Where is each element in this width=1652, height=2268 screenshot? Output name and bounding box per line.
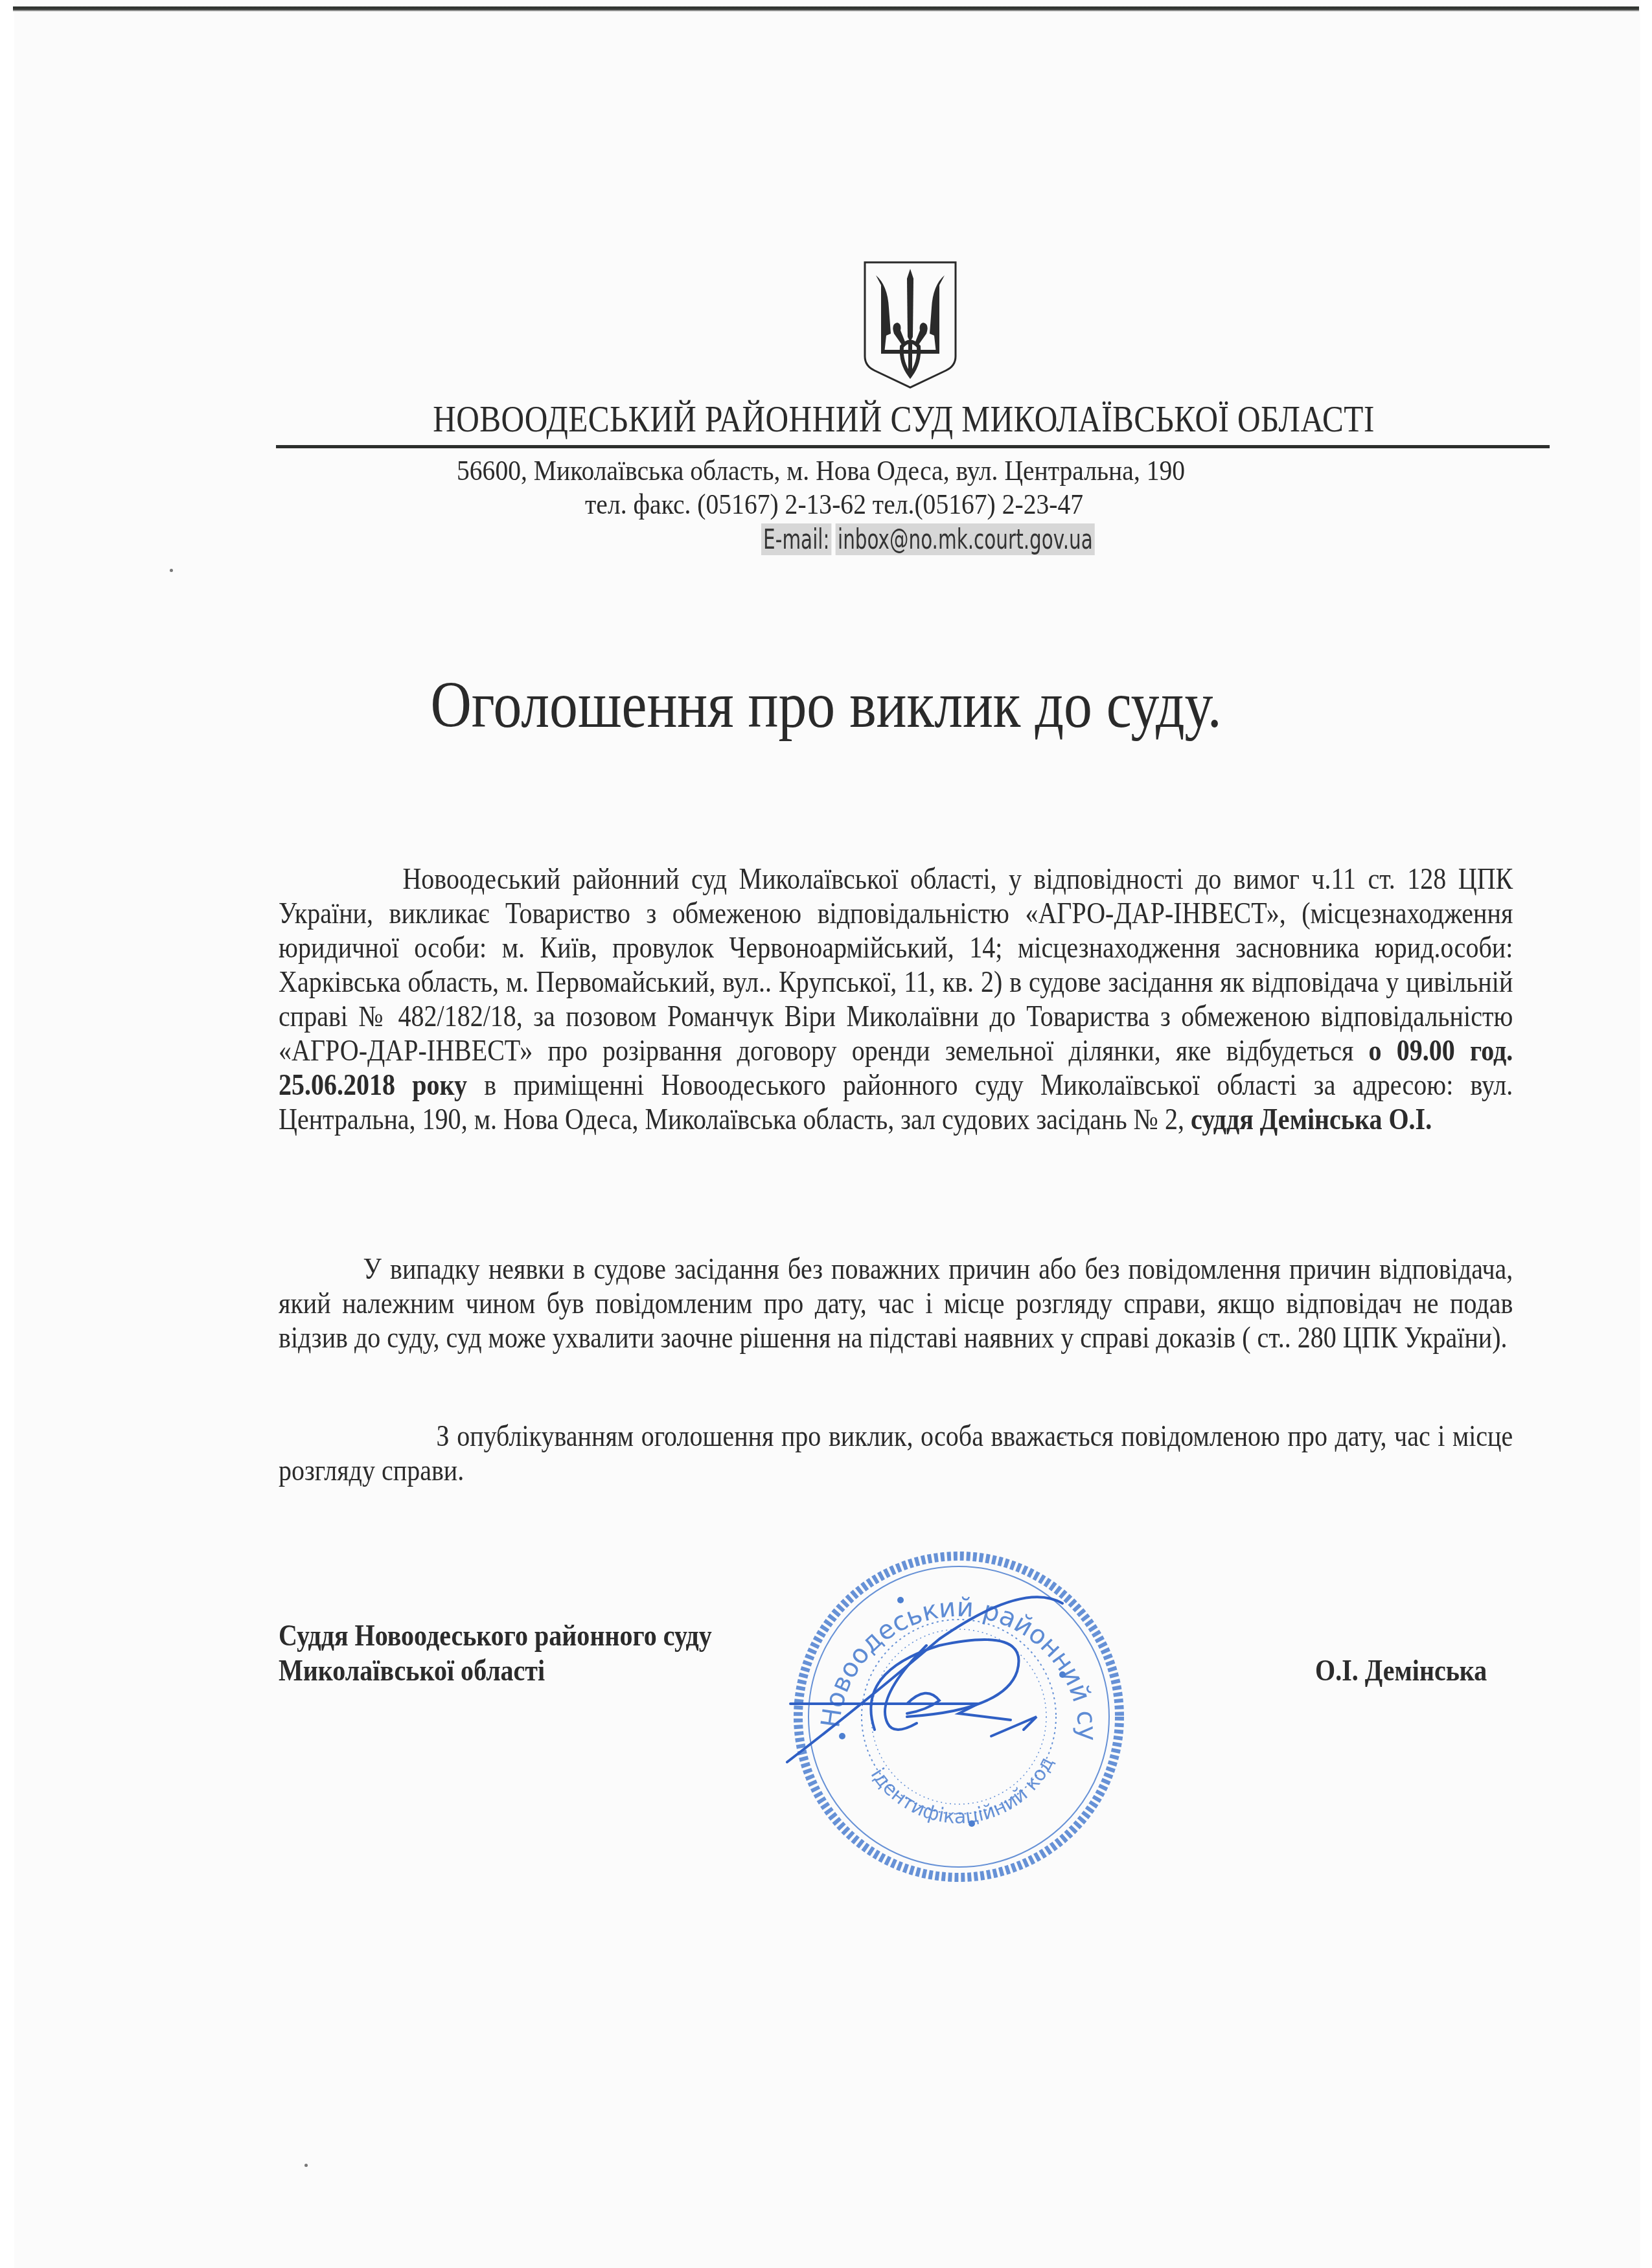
document-title: Оголошення про виклик до суду. bbox=[116, 667, 1537, 743]
svg-text:Новоодеський районний суд Мико: Новоодеський районний суд Миколаїв bbox=[777, 1542, 1102, 1741]
court-address: 56600, Миколаївська область, м. Нова Оде… bbox=[457, 453, 1185, 487]
signatory-position-line2: Миколаївської області bbox=[279, 1653, 712, 1688]
email-link[interactable]: inbox@no.mk.court.gov.ua bbox=[836, 523, 1095, 555]
summons-text-a: Новоодеський районний суд Миколаївської … bbox=[279, 862, 1513, 1067]
scan-speck bbox=[170, 569, 173, 572]
scan-speck bbox=[304, 2164, 308, 2167]
trident-emblem-icon bbox=[862, 259, 959, 389]
judge-name-inline: суддя Демінська О.І. bbox=[1191, 1103, 1432, 1136]
court-name-heading: НОВООДЕСЬКИЙ РАЙОННИЙ СУД МИКОЛАЇВСЬКОЇ … bbox=[348, 399, 1460, 441]
court-stamp-icon: Новоодеський районний суд Миколаїв ідент… bbox=[777, 1542, 1140, 1892]
svg-text:ідентифікаційний код 02892586: ідентифікаційний код 02892586 bbox=[777, 1542, 1061, 1828]
court-phones: тел. факс. (05167) 2-13-62 тел.(05167) 2… bbox=[585, 487, 1083, 521]
paragraph-absence-warning: У випадку неявки в судове засідання без … bbox=[279, 1252, 1513, 1355]
paragraph-publication-notice: З опублікуванням оголошення про виклик, … bbox=[279, 1419, 1513, 1487]
court-email: E-mail:inbox@no.mk.court.gov.ua bbox=[761, 523, 1095, 555]
signatory-name: О.І. Демінська bbox=[1315, 1653, 1487, 1688]
signatory-position: Суддя Новоодеського районного суду Микол… bbox=[279, 1618, 712, 1688]
header-divider bbox=[276, 445, 1550, 448]
signatory-position-line1: Суддя Новоодеського районного суду bbox=[279, 1618, 712, 1653]
document-page: НОВООДЕСЬКИЙ РАЙОННИЙ СУД МИКОЛАЇВСЬКОЇ … bbox=[0, 0, 1652, 2268]
absence-warning-text: У випадку неявки в судове засідання без … bbox=[279, 1252, 1513, 1354]
publication-notice-text: З опублікуванням оголошення про виклик, … bbox=[279, 1419, 1513, 1487]
email-label: E-mail: bbox=[761, 523, 832, 555]
paragraph-summons: Новоодеський районний суд Миколаївської … bbox=[279, 862, 1513, 1136]
